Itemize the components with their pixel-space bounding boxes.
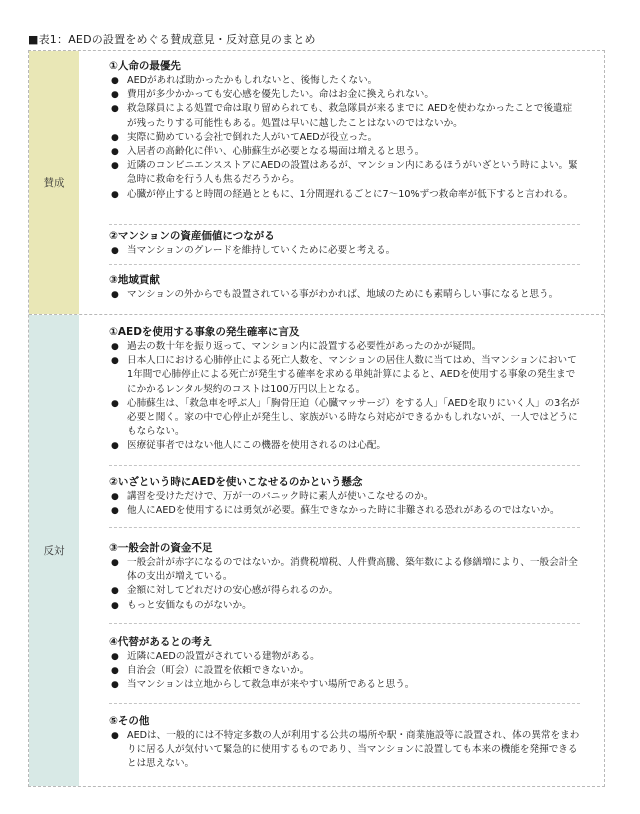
group-heading: ④代替があるとの考え — [109, 635, 580, 649]
list-item: 医療従事者ではない他人にこの機器を使用されるのは心配。 — [109, 439, 580, 453]
con-group-3: ③一般会計の資金不足 一般会計が赤字になるのではないか。消費税増税、人件費高騰、… — [109, 541, 580, 624]
list-item: 自治会（町会）に設置を依頼できないか。 — [109, 664, 580, 678]
con-group-2: ②いざという時にAEDを使いこなせるのかという懸念 講習を受けただけで、万が一の… — [109, 475, 580, 528]
list-item: 心臓が停止すると時間の経過とともに、1分間遅れるごとに7〜10%ずつ救命率が低下… — [109, 188, 580, 202]
list-item: 近隣のコンビニエンスストアにAEDの設置はあるが、マンション内にあるほうがいざと… — [109, 159, 580, 187]
list-item: 近隣にAEDの設置がされている建物がある。 — [109, 650, 580, 664]
group-heading: ②いざという時にAEDを使いこなせるのかという懸念 — [109, 475, 580, 489]
list-item: 日本人口における心肺停止による死亡人数を、マンションの居住人数に当てはめ、当マン… — [109, 354, 580, 397]
con-group-1: ①AEDを使用する事象の発生確率に言及 過去の数十年を振り返って、マンション内に… — [109, 325, 580, 466]
pro-group-1: ①人命の最優先 AEDがあれば助かったかもしれないと、後悔したくない。 費用が多… — [109, 59, 580, 225]
list-item: 講習を受けただけで、万が一のパニック時に素人が使いこなせるのか。 — [109, 490, 580, 504]
pro-label: 賛成 — [29, 51, 79, 314]
list-item: もっと安価なものがないか。 — [109, 599, 580, 613]
list-item: AEDは、一般的には不特定多数の人が利用する公共の場所や駅・商業施設等に設置され… — [109, 729, 580, 772]
list-item: 心肺蘇生は、「救急車を呼ぶ人」「胸骨圧迫（心臓マッサージ）をする人」「AEDを取… — [109, 397, 580, 440]
con-label: 反対 — [29, 315, 79, 786]
table-title: ■表1：AEDの設置をめぐる賛成意見・反対意見のまとめ — [28, 31, 316, 47]
pro-group-3: ③地域貢献 マンションの外からでも設置されている事がわかれば、地域のためにも素晴… — [109, 273, 580, 302]
opinions-table: 賛成 ①人命の最優先 AEDがあれば助かったかもしれないと、後悔したくない。 費… — [28, 50, 605, 787]
group-heading: ⑤その他 — [109, 714, 580, 728]
con-section: 反対 ①AEDを使用する事象の発生確率に言及 過去の数十年を振り返って、マンショ… — [29, 315, 604, 786]
list-item: マンションの外からでも設置されている事がわかれば、地域のためにも素晴らしい事にな… — [109, 288, 580, 302]
list-item: 実際に勤めている会社で倒れた人がいてAEDが役立った。 — [109, 131, 580, 145]
list-item: 当マンションのグレードを維持していくために必要と考える。 — [109, 244, 580, 258]
list-item: 費用が多少かかっても安心感を優先したい。命はお金に換えられない。 — [109, 88, 580, 102]
pro-content: ①人命の最優先 AEDがあれば助かったかもしれないと、後悔したくない。 費用が多… — [79, 51, 604, 314]
group-heading: ③地域貢献 — [109, 273, 580, 287]
pro-group-2: ②マンションの資産価値につながる 当マンションのグレードを維持していくために必要… — [109, 229, 580, 265]
con-content: ①AEDを使用する事象の発生確率に言及 過去の数十年を振り返って、マンション内に… — [79, 315, 604, 786]
list-item: AEDがあれば助かったかもしれないと、後悔したくない。 — [109, 74, 580, 88]
group-heading: ①人命の最優先 — [109, 59, 580, 73]
con-group-5: ⑤その他 AEDは、一般的には不特定多数の人が利用する公共の場所や駅・商業施設等… — [109, 714, 580, 772]
con-group-4: ④代替があるとの考え 近隣にAEDの設置がされている建物がある。 自治会（町会）… — [109, 635, 580, 704]
group-heading: ①AEDを使用する事象の発生確率に言及 — [109, 325, 580, 339]
list-item: 当マンションは立地からして救急車が来やすい場所であると思う。 — [109, 678, 580, 692]
pro-section: 賛成 ①人命の最優先 AEDがあれば助かったかもしれないと、後悔したくない。 費… — [29, 51, 604, 315]
group-heading: ③一般会計の資金不足 — [109, 541, 580, 555]
list-item: 一般会計が赤字になるのではないか。消費税増税、人件費高騰、築年数による修繕増によ… — [109, 556, 580, 584]
list-item: 過去の数十年を振り返って、マンション内に設置する必要性があったのかが疑問。 — [109, 340, 580, 354]
list-item: 他人にAEDを使用するには勇気が必要。蘇生できなかった時に非難される恐れがあるの… — [109, 504, 580, 518]
list-item: 金額に対してどれだけの安心感が得られるのか。 — [109, 584, 580, 598]
list-item: 救急隊員による処置で命は取り留められても、救急隊員が来るまでに AEDを使わなか… — [109, 102, 580, 130]
list-item: 入居者の高齢化に伴い、心肺蘇生が必要となる場面は増えると思う。 — [109, 145, 580, 159]
group-heading: ②マンションの資産価値につながる — [109, 229, 580, 243]
